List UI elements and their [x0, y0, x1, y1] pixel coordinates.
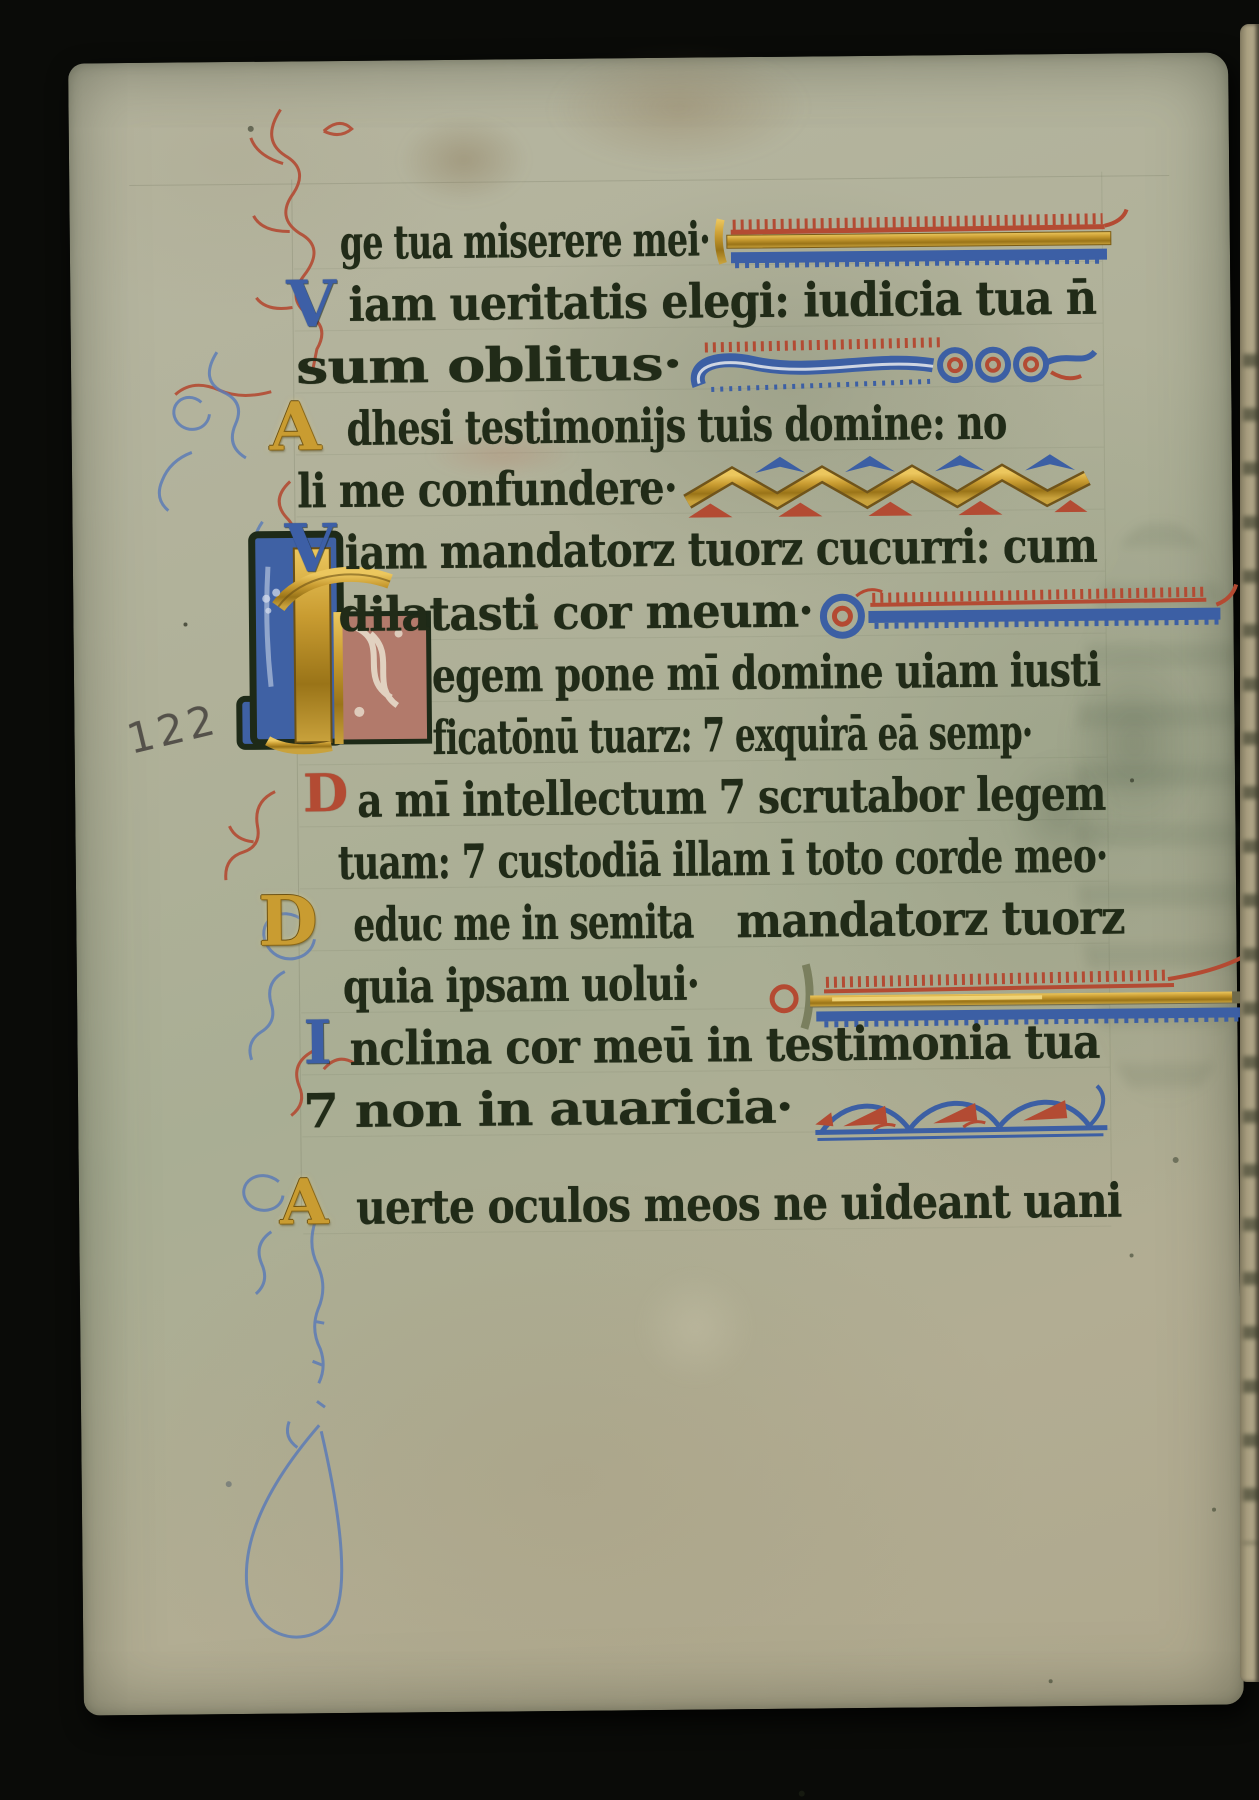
line-filler-1 — [713, 211, 1129, 271]
text-line-15: 7 non in auaricia· — [303, 1080, 793, 1143]
manuscript-page: 122 — [68, 52, 1244, 1715]
stain — [640, 1272, 751, 1383]
illuminated-initial-I: I — [303, 1013, 332, 1073]
text-line-5: li me confundere· — [297, 461, 677, 523]
text-line-11: tuam: 7 custodiā illam ī toto corde meo· — [338, 829, 1108, 894]
ruling-line-right-vertical — [1101, 172, 1112, 1202]
text-line-13: quia ipsam uolui· — [343, 957, 700, 1018]
ruling-baselines — [68, 52, 1228, 63]
illuminated-initial-D: D — [303, 768, 349, 820]
text-line-4: dhesi testimonijs tuis domine: no — [346, 396, 1006, 460]
illuminated-initial-A: A — [269, 393, 321, 459]
text-line-12-part2: mandatorz tuorz — [736, 891, 1125, 953]
stain — [399, 114, 530, 205]
text-line-8: egem pone mī domine uiam iusti — [432, 643, 1101, 707]
line-filler-4 — [818, 582, 1244, 644]
text-line-3: sum oblitus· — [296, 337, 682, 399]
stain — [548, 47, 809, 169]
text-line-12: educ me in semita — [353, 895, 694, 956]
text-block: ge tua miserere mei·iam ueritatis elegi:… — [68, 52, 1228, 63]
text-line-6: iam mandatorz tuorz cucurri: cum — [345, 519, 1098, 584]
illuminated-initial-V: V — [284, 515, 336, 581]
illuminated-initial-D: D — [258, 887, 318, 956]
photograph-canvas: 122 — [0, 0, 1259, 1800]
text-line-16: uerte oculos meos ne uideant uani — [356, 1174, 1122, 1239]
text-line-14: nclina cor meū in testimonia tua — [349, 1015, 1100, 1080]
illuminated-initial-V: V — [286, 273, 336, 337]
text-line-1: ge tua miserere mei· — [340, 212, 711, 274]
illuminated-initial-A: A — [280, 1171, 329, 1233]
facing-page-edge — [1240, 24, 1259, 1682]
text-line-7: dilatasti cor meum· — [338, 583, 813, 646]
text-line-2: iam ueritatis elegi: iudicia tua n̄ — [348, 271, 1096, 336]
text-line-10: a mī intellectum 7 scrutabor legem — [357, 767, 1106, 832]
line-filler-2 — [691, 336, 1102, 396]
facing-page-text-blur — [1243, 354, 1259, 1544]
line-filler-6 — [813, 1082, 1119, 1143]
line-filler-3 — [682, 454, 1093, 520]
text-line-9: ficatōnū tuarz: 7 exquirā eā semp· — [432, 705, 1032, 769]
